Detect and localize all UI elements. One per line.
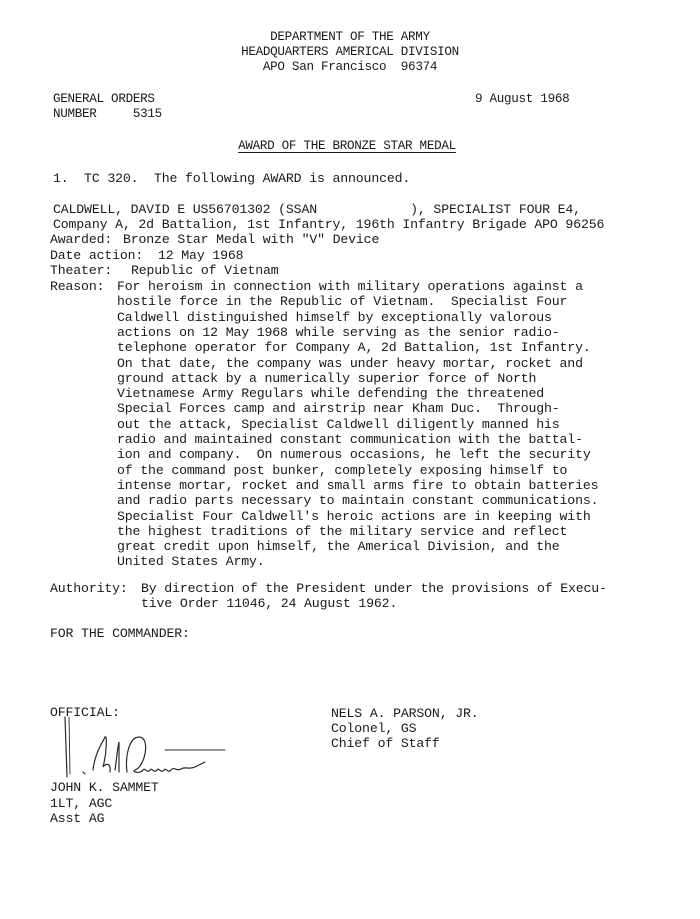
signer-name: NELS A. PARSON, JR.: [331, 706, 479, 721]
announcement: 1. TC 320. The following AWARD is announ…: [53, 171, 410, 186]
authority-line: By direction of the President under the …: [141, 581, 607, 596]
reason-line: out the attack, Specialist Caldwell dili…: [117, 417, 560, 432]
for-the-commander: FOR THE COMMANDER:: [50, 626, 190, 641]
document-title: AWARD OF THE BRONZE STAR MEDAL: [0, 139, 697, 154]
official-title: Asst AG: [50, 811, 104, 826]
reason-line: For heroism in connection with military …: [117, 279, 583, 294]
reason-line: the highest traditions of the military s…: [117, 524, 567, 539]
reason-line: Vietnamese Army Regulars while defending…: [117, 386, 544, 401]
recipient-line-1: CALDWELL, DAVID E US56701302 (SSAN ), SP…: [53, 202, 581, 217]
reason-line: intense mortar, rocket and small arms fi…: [117, 478, 598, 493]
reason-line: radio and maintained constant communicat…: [117, 432, 583, 447]
reason-line: and radio parts necessary to maintain co…: [117, 493, 598, 508]
reason-line: ion and company. On numerous occasions, …: [117, 447, 591, 462]
reason-line: Specialist Four Caldwell's heroic action…: [117, 509, 591, 524]
reason-line: of the command post bunker, completely e…: [117, 463, 567, 478]
letterhead-apo: APO San Francisco 96374: [0, 60, 700, 75]
reason-line: United States Army.: [117, 554, 265, 569]
awarded-label: Awarded:: [50, 232, 112, 247]
date-action-value: 12 May 1968: [158, 248, 243, 263]
signer-rank: Colonel, GS: [331, 721, 416, 736]
general-orders-label: GENERAL ORDERS: [53, 92, 155, 107]
reason-line: Special Forces camp and airstrip near Kh…: [117, 401, 560, 416]
theater-label: Theater:: [50, 263, 112, 278]
theater-value: Republic of Vietnam: [131, 263, 279, 278]
signature-mark: [55, 712, 235, 787]
reason-line: actions on 12 May 1968 while serving as …: [117, 325, 560, 340]
official-rank: 1LT, AGC: [50, 796, 112, 811]
reason-line: On that date, the company was under heav…: [117, 356, 583, 371]
authority-line: tive Order 11046, 24 August 1962.: [141, 596, 397, 611]
order-date: 9 August 1968: [475, 92, 569, 107]
official-name: JOHN K. SAMMET: [50, 780, 159, 795]
reason-line: hostile force in the Republic of Vietnam…: [117, 294, 567, 309]
reason-line: ground attack by a numerically superior …: [117, 371, 536, 386]
awarded-value: Bronze Star Medal with "V" Device: [123, 232, 379, 247]
order-number: NUMBER 5315: [53, 107, 162, 122]
letterhead-department: DEPARTMENT OF THE ARMY: [0, 30, 700, 45]
letterhead-headquarters: HEADQUARTERS AMERICAL DIVISION: [0, 45, 700, 60]
reason-line: Caldwell distinguished himself by except…: [117, 310, 552, 325]
reason-label: Reason:: [50, 279, 104, 294]
date-action-label: Date action:: [50, 248, 143, 263]
reason-line: great credit upon himself, the Americal …: [117, 539, 560, 554]
authority-label: Authority:: [50, 581, 128, 596]
recipient-line-2: Company A, 2d Battalion, 1st Infantry, 1…: [53, 217, 604, 232]
signer-title: Chief of Staff: [331, 736, 440, 751]
reason-line: telephone operator for Company A, 2d Bat…: [117, 340, 591, 355]
